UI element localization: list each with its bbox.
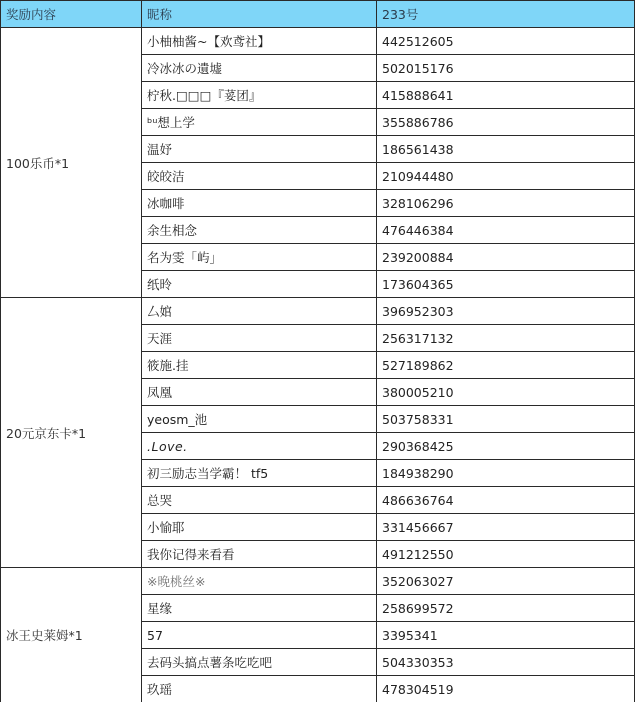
nickname-cell: 57 [142,622,377,649]
nickname-cell: 筱施.挂 [142,352,377,379]
nickname-cell: 玖瑶 [142,676,377,702]
nickname-cell: ※晚桃丝※ [142,568,377,595]
reward-cell: 20元京东卡*1 [1,298,142,568]
id-cell: 256317132 [377,325,635,352]
nickname-cell: 冷冰冰の遺墟 [142,55,377,82]
nickname-cell: 余生相念 [142,217,377,244]
id-cell: 478304519 [377,676,635,702]
nickname-cell: 皎皎洁 [142,163,377,190]
header-reward: 奖励内容 [1,1,142,28]
nickname-cell: 初三励志当学霸！ tf5 [142,460,377,487]
id-cell: 396952303 [377,298,635,325]
reward-cell: 冰王史莱姆*1 [1,568,142,702]
id-cell: 184938290 [377,460,635,487]
nickname-cell: yeosm_池 [142,406,377,433]
id-cell: 3395341 [377,622,635,649]
id-cell: 486636764 [377,487,635,514]
id-cell: 352063027 [377,568,635,595]
id-cell: 442512605 [377,28,635,55]
nickname-cell: 我你记得来看看 [142,541,377,568]
nickname-cell: 天涯 [142,325,377,352]
nickname-cell: 凤凰 [142,379,377,406]
nickname-cell: ᵇᵘ想上学 [142,109,377,136]
winners-table: 奖励内容 昵称 233号 100乐币*1 小柚柚酱~【欢鸢社】 44251260… [0,0,635,702]
nickname-cell: 总哭 [142,487,377,514]
id-cell: 355886786 [377,109,635,136]
nickname-cell: 小愉耶 [142,514,377,541]
nickname-cell: 厶婠 [142,298,377,325]
id-cell: 504330353 [377,649,635,676]
header-id: 233号 [377,1,635,28]
nickname-cell: 冰咖啡 [142,190,377,217]
nickname-cell: 柠秋.□□□『荽团』 [142,82,377,109]
table-row: 20元京东卡*1 厶婠 396952303 [1,298,635,325]
nickname-cell: 小柚柚酱~【欢鸢社】 [142,28,377,55]
table-row: 冰王史莱姆*1 ※晚桃丝※ 352063027 [1,568,635,595]
id-cell: 173604365 [377,271,635,298]
nickname-cell: 名为雯「屿」 [142,244,377,271]
id-cell: 186561438 [377,136,635,163]
id-cell: 331456667 [377,514,635,541]
id-cell: 210944480 [377,163,635,190]
nickname-cell: 去码头搞点薯条吃吃吧 [142,649,377,676]
nickname-cell: 纸昤 [142,271,377,298]
id-cell: 290368425 [377,433,635,460]
id-cell: 380005210 [377,379,635,406]
nickname-cell: .Love. [142,433,377,460]
reward-cell: 100乐币*1 [1,28,142,298]
id-cell: 502015176 [377,55,635,82]
id-cell: 503758331 [377,406,635,433]
id-cell: 328106296 [377,190,635,217]
id-cell: 476446384 [377,217,635,244]
id-cell: 258699572 [377,595,635,622]
id-cell: 527189862 [377,352,635,379]
header-nickname: 昵称 [142,1,377,28]
table-row: 100乐币*1 小柚柚酱~【欢鸢社】 442512605 [1,28,635,55]
id-cell: 491212550 [377,541,635,568]
id-cell: 239200884 [377,244,635,271]
nickname-cell: 温妤 [142,136,377,163]
table-header-row: 奖励内容 昵称 233号 [1,1,635,28]
id-cell: 415888641 [377,82,635,109]
nickname-cell: 星缘 [142,595,377,622]
